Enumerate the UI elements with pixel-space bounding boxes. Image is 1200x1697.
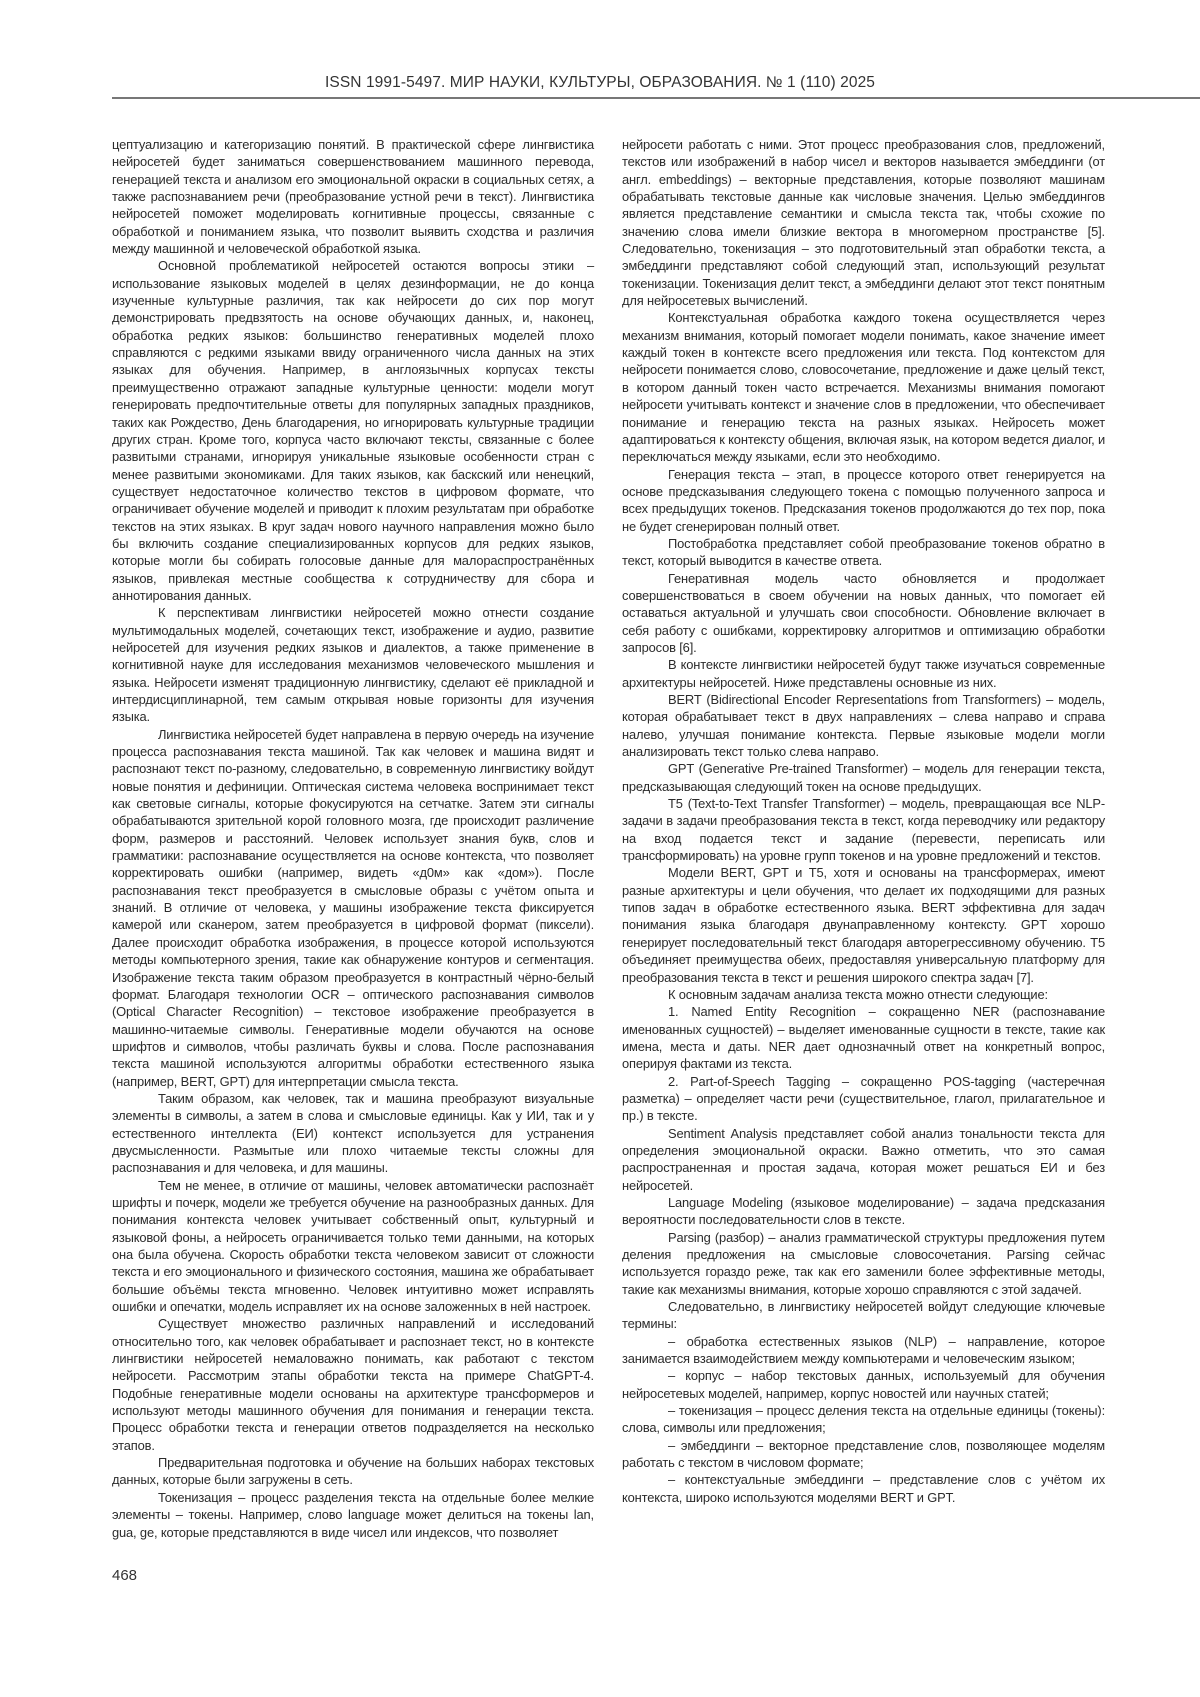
header-rule (112, 97, 1200, 99)
paragraph: Контекстуальная обработка каждого токена… (622, 309, 1105, 465)
paragraph: Следовательно, в лингвистику нейросетей … (622, 1298, 1105, 1333)
page-number: 468 (112, 1567, 137, 1584)
paragraph: Токенизация – процесс разделения текста … (112, 1489, 594, 1541)
paragraph: Language Modeling (языковое моделировани… (622, 1194, 1105, 1229)
paragraph: GPT (Generative Pre-trained Transformer)… (622, 760, 1105, 795)
paragraph: Parsing (разбор) – анализ грамматической… (622, 1229, 1105, 1298)
paragraph: К перспективам лингвистики нейросетей мо… (112, 604, 594, 725)
right-column: нейросети работать с ними. Этот процесс … (622, 136, 1105, 1506)
paragraph: Sentiment Analysis представляет собой ан… (622, 1125, 1105, 1194)
paragraph: Тем не менее, в отличие от машины, челов… (112, 1177, 594, 1316)
paragraph: нейросети работать с ними. Этот процесс … (622, 136, 1105, 309)
list-item: 1. Named Entity Recognition – сокращенно… (622, 1003, 1105, 1072)
term-list-item: – токенизация – процесс деления текста н… (622, 1402, 1105, 1437)
paragraph: Предварительная подготовка и обучение на… (112, 1454, 594, 1489)
paragraph: Генерация текста – этап, в процессе кото… (622, 466, 1105, 535)
paragraph: Таким образом, как человек, так и машина… (112, 1090, 594, 1177)
paragraph: Модели BERT, GPT и T5, хотя и основаны н… (622, 864, 1105, 985)
term-list-item: – эмбеддинги – векторное представление с… (622, 1437, 1105, 1472)
paragraph: BERT (Bidirectional Encoder Representati… (622, 691, 1105, 760)
paragraph: Лингвистика нейросетей будет направлена … (112, 726, 594, 1090)
paragraph: К основным задачам анализа текста можно … (622, 986, 1105, 1003)
paragraph: T5 (Text-to-Text Transfer Transformer) –… (622, 795, 1105, 864)
paragraph: Генеративная модель часто обновляется и … (622, 570, 1105, 657)
paragraph: Основной проблематикой нейросетей остают… (112, 257, 594, 604)
term-list-item: – контекстуальные эмбеддинги – представл… (622, 1471, 1105, 1506)
left-column: цептуализацию и категоризацию понятий. В… (112, 136, 594, 1541)
term-list-item: – обработка естественных языков (NLP) – … (622, 1333, 1105, 1368)
paragraph: цептуализацию и категоризацию понятий. В… (112, 136, 594, 257)
paragraph: Существует множество различных направлен… (112, 1315, 594, 1454)
term-list-item: – корпус – набор текстовых данных, испол… (622, 1367, 1105, 1402)
list-item: 2. Part-of-Speech Tagging – сокращенно P… (622, 1073, 1105, 1125)
paragraph: Постобработка представляет собой преобра… (622, 535, 1105, 570)
running-header: ISSN 1991-5497. МИР НАУКИ, КУЛЬТУРЫ, ОБР… (0, 74, 1200, 92)
paragraph: В контексте лингвистики нейросетей будут… (622, 656, 1105, 691)
